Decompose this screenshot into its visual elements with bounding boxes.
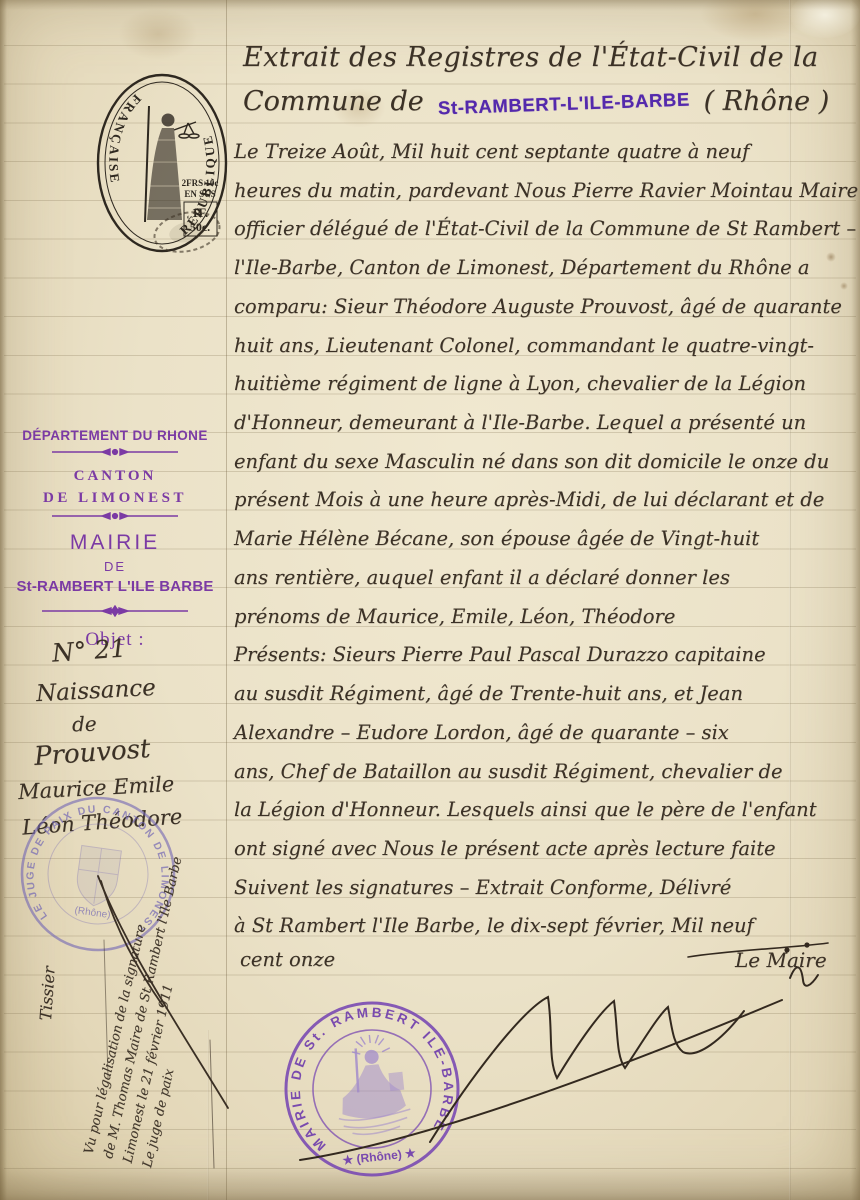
civil-registry-extract-document: Extrait des Registres de l'État-Civil de… — [0, 0, 860, 1200]
left-ink-stroke — [98, 876, 228, 1168]
mayor-signature-flourish — [300, 943, 828, 1160]
signature-overlay — [0, 0, 860, 1200]
